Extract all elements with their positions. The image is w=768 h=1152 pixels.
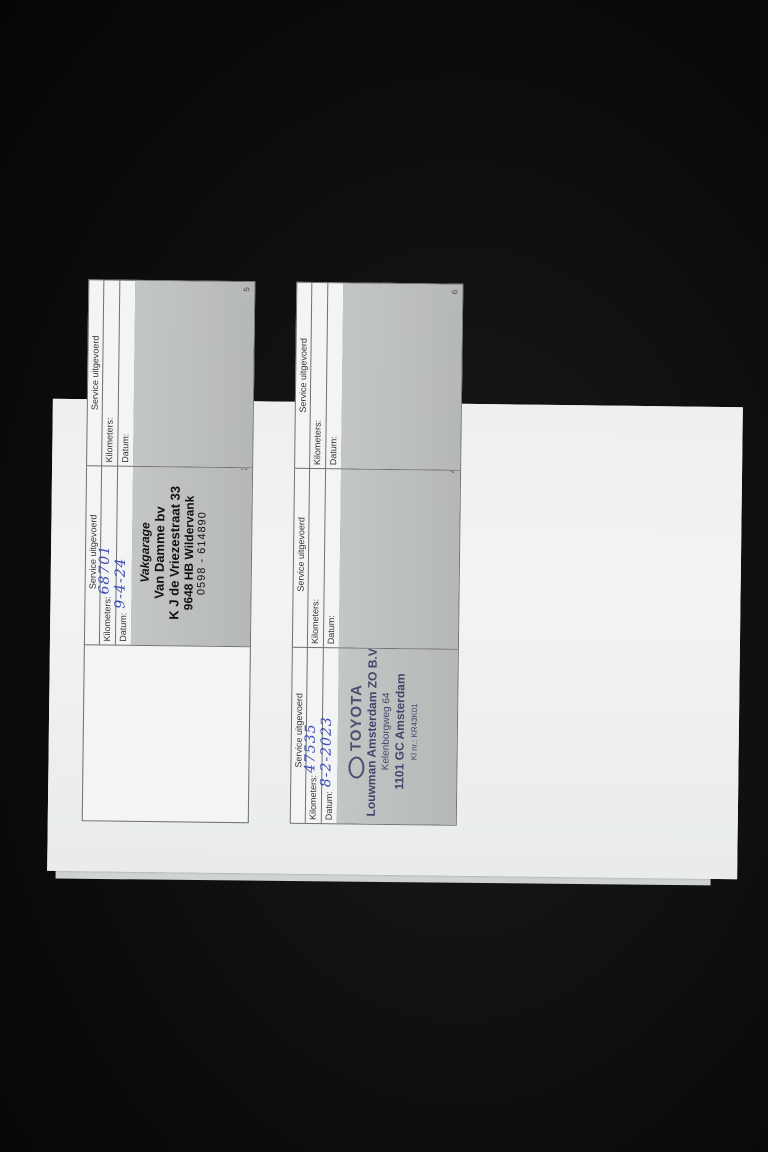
box-number: 5 — [242, 287, 251, 292]
kilometers-label: Kilometers: — [102, 596, 113, 641]
date-value: 8-2-2023 — [319, 716, 335, 787]
date-value: 9-4-24 — [113, 557, 129, 608]
date-label: Datum: — [326, 615, 336, 644]
date-label: Datum: — [324, 791, 334, 820]
vakgarage-stamp: Vakgarage Van Damme bv K J de Vriezestra… — [137, 466, 210, 640]
booklet-photo: Service uitgevoerd Kilometers: 20372 Dat… — [47, 399, 743, 879]
date-label: Datum: — [120, 434, 130, 463]
stamp-area: Vakgarage Van Damme bv K J de Vriezestra… — [131, 460, 252, 646]
kilometers-value: 47535 — [303, 723, 319, 773]
service-box-4: Service uitgevoerd Kilometers: Datum: 4 — [292, 461, 461, 650]
date-label: Datum: — [118, 613, 128, 642]
stamp-area: TOYOTA Louwman Amsterdam ZO B.V. Kelenbo… — [337, 638, 458, 824]
toyota-dealer-stamp: TOYOTA Louwman Amsterdam ZO B.V. Kelenbo… — [343, 644, 422, 818]
service-box-3-placeholder — [82, 634, 251, 823]
service-book-page: Service uitgevoerd Kilometers: 20372 Dat… — [47, 399, 743, 879]
kilometers-label: Kilometers: — [312, 420, 323, 465]
service-box-5: Service uitgevoerd Kilometers: Datum: 5 — [86, 279, 255, 468]
stamp-area: 6 — [341, 283, 462, 469]
stamp-area: 4 — [339, 462, 460, 648]
kilometers-label: Kilometers: — [104, 417, 115, 462]
kilometers-value: 68701 — [98, 545, 114, 595]
service-box-6: Service uitgevoerd Kilometers: Datum: 6 — [294, 282, 463, 471]
service-box-3: Service uitgevoerd Kilometers: 68701 Dat… — [84, 458, 253, 647]
box-number: 6 — [450, 290, 459, 295]
kilometers-label: Kilometers: — [310, 599, 321, 644]
toyota-logo-icon: TOYOTA — [347, 644, 366, 817]
stamp-area: 5 — [133, 281, 254, 467]
date-label: Datum: — [328, 436, 338, 465]
kilometers-label: Kilometers: — [308, 775, 319, 820]
service-box-2: Service uitgevoerd Kilometers: 47535 Dat… — [290, 637, 459, 826]
